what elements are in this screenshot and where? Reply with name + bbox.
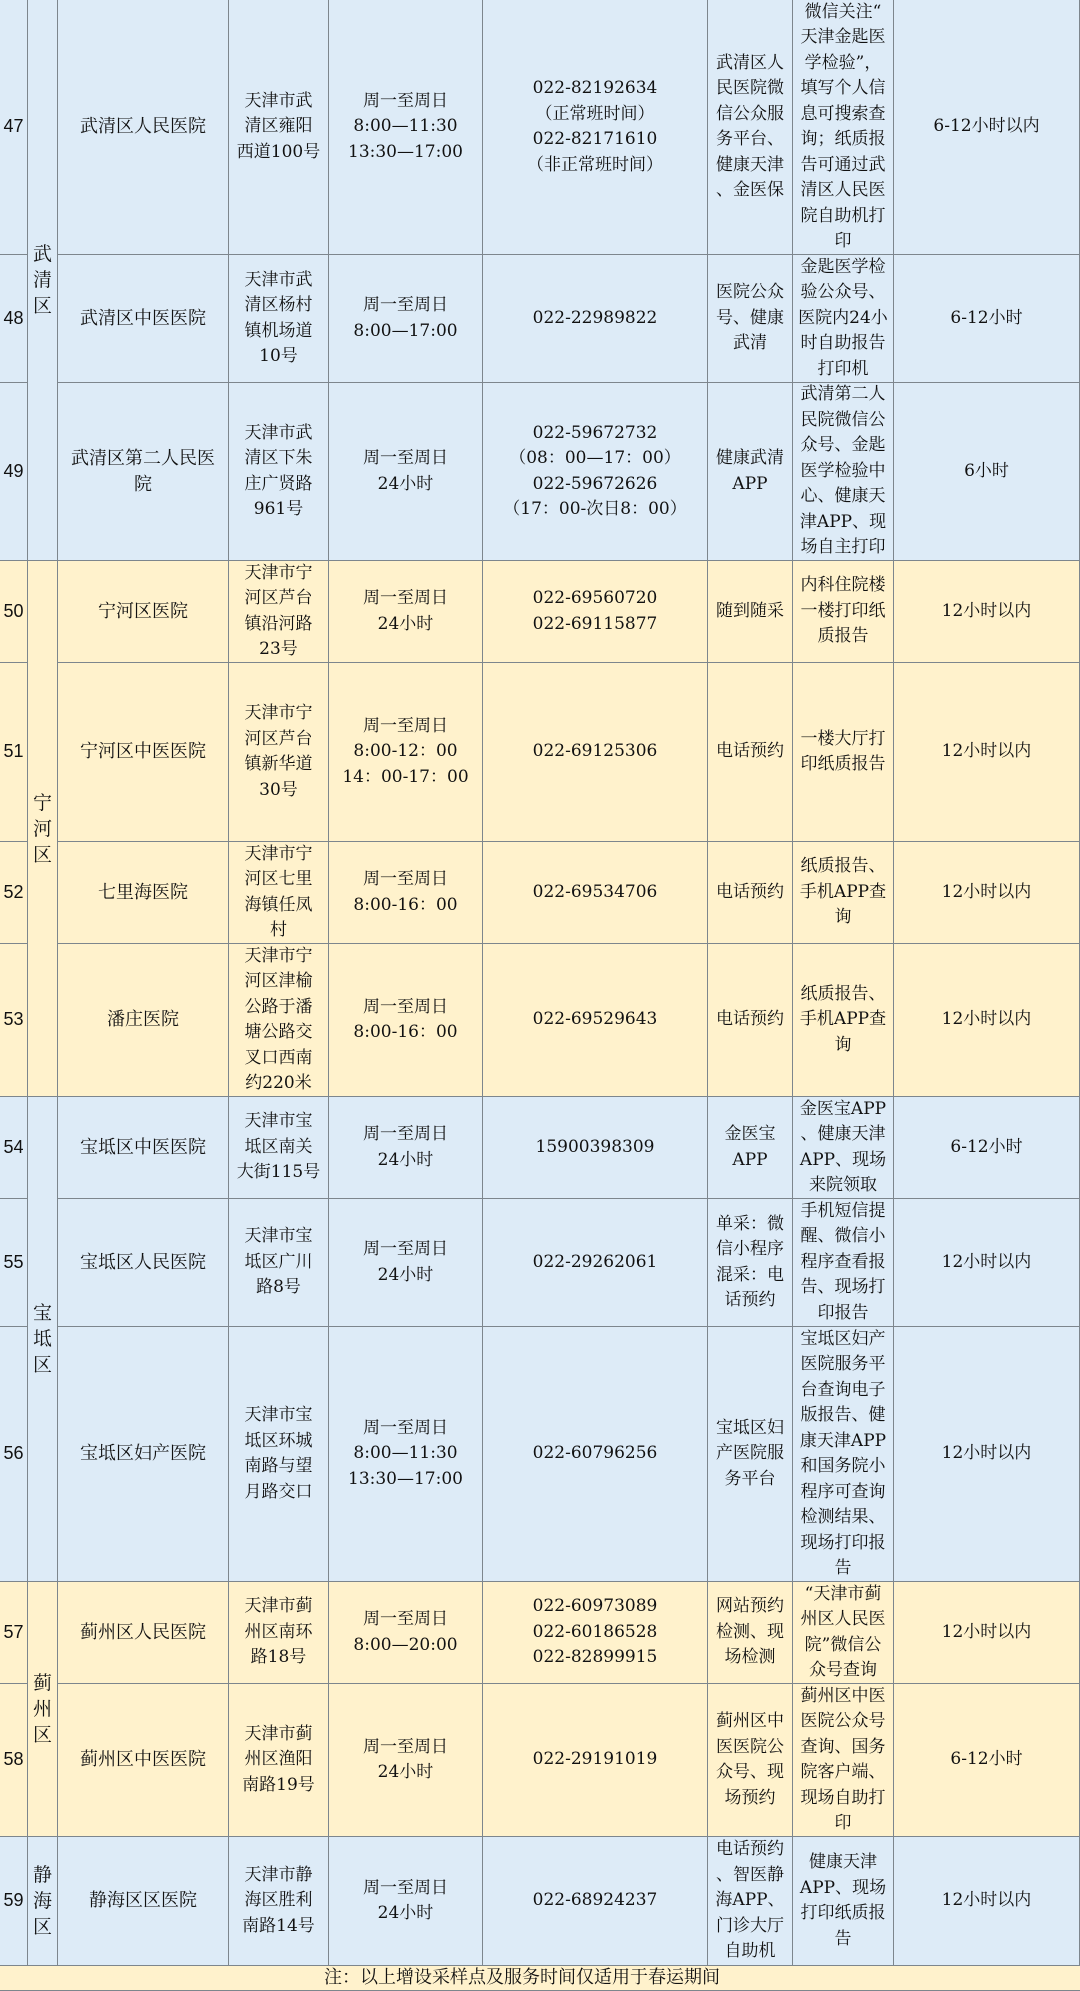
- booking-method: 电话预约: [708, 842, 793, 944]
- booking-method: 电话预约: [708, 944, 793, 1097]
- row-number: 52: [0, 842, 28, 944]
- report-method: 蓟州区中医 医院公众号 查询、国务 院客户端、 现场自助打 印: [793, 1684, 894, 1837]
- district-label: 宝 坻 区: [28, 1097, 58, 1582]
- service-hours: 周一至周日 8:00-16：00: [329, 944, 483, 1097]
- hospital-name: 宝坻区妇产医院: [58, 1327, 229, 1582]
- row-number: 58: [0, 1684, 28, 1837]
- service-hours: 周一至周日 24小时: [329, 561, 483, 663]
- booking-method: 健康武清 APP: [708, 383, 793, 561]
- report-turnaround: 12小时以内: [894, 561, 1080, 663]
- row-number: 55: [0, 1199, 28, 1327]
- hospital-address: 天津市静 海区胜利 南路14号: [229, 1837, 329, 1966]
- booking-method: 金医宝 APP: [708, 1097, 793, 1199]
- hospital-address: 天津市宝 坻区环城 南路与望 月路交口: [229, 1327, 329, 1582]
- service-hours: 周一至周日 8:00-12：00 14：00-17：00: [329, 663, 483, 842]
- hospital-address: 天津市蓟 州区渔阳 南路19号: [229, 1684, 329, 1837]
- contact-phone: 022-69125306: [483, 663, 708, 842]
- contact-phone: 022-60973089 022-60186528 022-82899915: [483, 1582, 708, 1684]
- service-hours: 周一至周日 24小时: [329, 383, 483, 561]
- hospital-name: 宝坻区中医医院: [58, 1097, 229, 1199]
- report-method: 纸质报告、 手机APP查 询: [793, 944, 894, 1097]
- report-turnaround: 6-12小时: [894, 1684, 1080, 1837]
- service-hours: 周一至周日 24小时: [329, 1199, 483, 1327]
- contact-phone: 022-69534706: [483, 842, 708, 944]
- report-method: 宝坻区妇产 医院服务平 台查询电子 版报告、健 康天津APP 和国务院小 程序可…: [793, 1327, 894, 1582]
- report-method: “天津市蓟 州区人民医 院”微信公 众号查询: [793, 1582, 894, 1684]
- hospital-address: 天津市宝 坻区广川 路8号: [229, 1199, 329, 1327]
- hospital-name: 宝坻区人民医院: [58, 1199, 229, 1327]
- hospital-address: 天津市蓟 州区南环 路18号: [229, 1582, 329, 1684]
- hospital-name: 宁河区医院: [58, 561, 229, 663]
- report-method: 微信关注“ 天津金匙医 学检验”， 填写个人信 息可搜索查 询；纸质报 告可通过…: [793, 0, 894, 255]
- contact-phone: 022-29262061: [483, 1199, 708, 1327]
- hospital-name: 七里海医院: [58, 842, 229, 944]
- report-method: 一楼大厅打 印纸质报告: [793, 663, 894, 842]
- row-number: 53: [0, 944, 28, 1097]
- hospital-name: 武清区第二人民医 院: [58, 383, 229, 561]
- row-number: 57: [0, 1582, 28, 1684]
- contact-phone: 15900398309: [483, 1097, 708, 1199]
- row-number: 50: [0, 561, 28, 663]
- report-turnaround: 6-12小时: [894, 1097, 1080, 1199]
- row-number: 49: [0, 383, 28, 561]
- booking-method: 电话预约: [708, 663, 793, 842]
- booking-method: 随到随采: [708, 561, 793, 663]
- booking-method: 单采：微 信小程序 混采：电 话预约: [708, 1199, 793, 1327]
- hospital-address: 天津市宁 河区津榆 公路于潘 塘公路交 叉口西南 约220米: [229, 944, 329, 1097]
- booking-method: 蓟州区中 医医院公 众号、现 场预约: [708, 1684, 793, 1837]
- footnote: 注：以上增设采样点及服务时间仅适用于春运期间: [0, 1966, 1080, 1991]
- sampling-sites-table: 47武清区人民医院天津市武 清区雍阳 西道100号周一至周日 8:00—11:3…: [0, 0, 1080, 1991]
- contact-phone: 022-59672732 （08：00—17：00） 022-59672626 …: [483, 383, 708, 561]
- hospital-address: 天津市宁 河区芦台 镇新华道 30号: [229, 663, 329, 842]
- hospital-address: 天津市宝 坻区南关 大街115号: [229, 1097, 329, 1199]
- hospital-name: 武清区中医医院: [58, 255, 229, 383]
- hospital-address: 天津市武 清区下朱 庄广贤路 961号: [229, 383, 329, 561]
- contact-phone: 022-29191019: [483, 1684, 708, 1837]
- row-number: 59: [0, 1837, 28, 1966]
- hospital-name: 蓟州区人民医院: [58, 1582, 229, 1684]
- service-hours: 周一至周日 8:00-16：00: [329, 842, 483, 944]
- report-turnaround: 12小时以内: [894, 1582, 1080, 1684]
- report-turnaround: 12小时以内: [894, 944, 1080, 1097]
- contact-phone: 022-68924237: [483, 1837, 708, 1966]
- report-turnaround: 6-12小时: [894, 255, 1080, 383]
- hospital-address: 天津市宁 河区芦台 镇沿河路 23号: [229, 561, 329, 663]
- service-hours: 周一至周日 24小时: [329, 1097, 483, 1199]
- report-turnaround: 12小时以内: [894, 1327, 1080, 1582]
- row-number: 54: [0, 1097, 28, 1199]
- report-method: 金匙医学检 验公众号、 医院内24小 时自助报告 打印机: [793, 255, 894, 383]
- booking-method: 宝坻区妇 产医院服 务平台: [708, 1327, 793, 1582]
- contact-phone: 022-69560720 022-69115877: [483, 561, 708, 663]
- report-method: 金医宝APP 、健康天津 APP、现场 来院领取: [793, 1097, 894, 1199]
- report-turnaround: 12小时以内: [894, 1199, 1080, 1327]
- service-hours: 周一至周日 24小时: [329, 1837, 483, 1966]
- service-hours: 周一至周日 8:00—11:30 13:30—17:00: [329, 1327, 483, 1582]
- service-hours: 周一至周日 8:00—11:30 13:30—17:00: [329, 0, 483, 255]
- hospital-name: 武清区人民医院: [58, 0, 229, 255]
- booking-method: 电话预约 、智医静 海APP、 门诊大厅 自助机: [708, 1837, 793, 1966]
- district-label: 武 清 区: [28, 0, 58, 561]
- service-hours: 周一至周日 24小时: [329, 1684, 483, 1837]
- booking-method: 网站预约 检测、现 场检测: [708, 1582, 793, 1684]
- report-method: 健康天津 APP、现场 打印纸质报 告: [793, 1837, 894, 1966]
- report-turnaround: 12小时以内: [894, 842, 1080, 944]
- booking-method: 医院公众 号、健康 武清: [708, 255, 793, 383]
- hospital-address: 天津市武 清区雍阳 西道100号: [229, 0, 329, 255]
- report-turnaround: 12小时以内: [894, 663, 1080, 842]
- report-turnaround: 6小时: [894, 383, 1080, 561]
- report-method: 武清第二人 民院微信公 众号、金匙 医学检验中 心、健康天 津APP、现 场自主…: [793, 383, 894, 561]
- hospital-name: 潘庄医院: [58, 944, 229, 1097]
- row-number: 47: [0, 0, 28, 255]
- hospital-address: 天津市宁 河区七里 海镇任凤 村: [229, 842, 329, 944]
- district-label: 静 海 区: [28, 1837, 58, 1966]
- service-hours: 周一至周日 8:00—17:00: [329, 255, 483, 383]
- report-turnaround: 6-12小时以内: [894, 0, 1080, 255]
- contact-phone: 022-60796256: [483, 1327, 708, 1582]
- row-number: 56: [0, 1327, 28, 1582]
- district-label: 蓟 州 区: [28, 1582, 58, 1837]
- hospital-name: 静海区区医院: [58, 1837, 229, 1966]
- contact-phone: 022-82192634 （正常班时间） 022-82171610 （非正常班时…: [483, 0, 708, 255]
- report-method: 内科住院楼 一楼打印纸 质报告: [793, 561, 894, 663]
- hospital-name: 宁河区中医医院: [58, 663, 229, 842]
- service-hours: 周一至周日 8:00—20:00: [329, 1582, 483, 1684]
- contact-phone: 022-69529643: [483, 944, 708, 1097]
- row-number: 51: [0, 663, 28, 842]
- district-label: 宁 河 区: [28, 561, 58, 1097]
- hospital-address: 天津市武 清区杨村 镇机场道 10号: [229, 255, 329, 383]
- hospital-name: 蓟州区中医医院: [58, 1684, 229, 1837]
- report-method: 手机短信提 醒、微信小 程序查看报 告、现场打 印报告: [793, 1199, 894, 1327]
- row-number: 48: [0, 255, 28, 383]
- report-turnaround: 12小时以内: [894, 1837, 1080, 1966]
- report-method: 纸质报告、 手机APP查 询: [793, 842, 894, 944]
- contact-phone: 022-22989822: [483, 255, 708, 383]
- booking-method: 武清区人 民医院微 信公众服 务平台、 健康天津 、金医保: [708, 0, 793, 255]
